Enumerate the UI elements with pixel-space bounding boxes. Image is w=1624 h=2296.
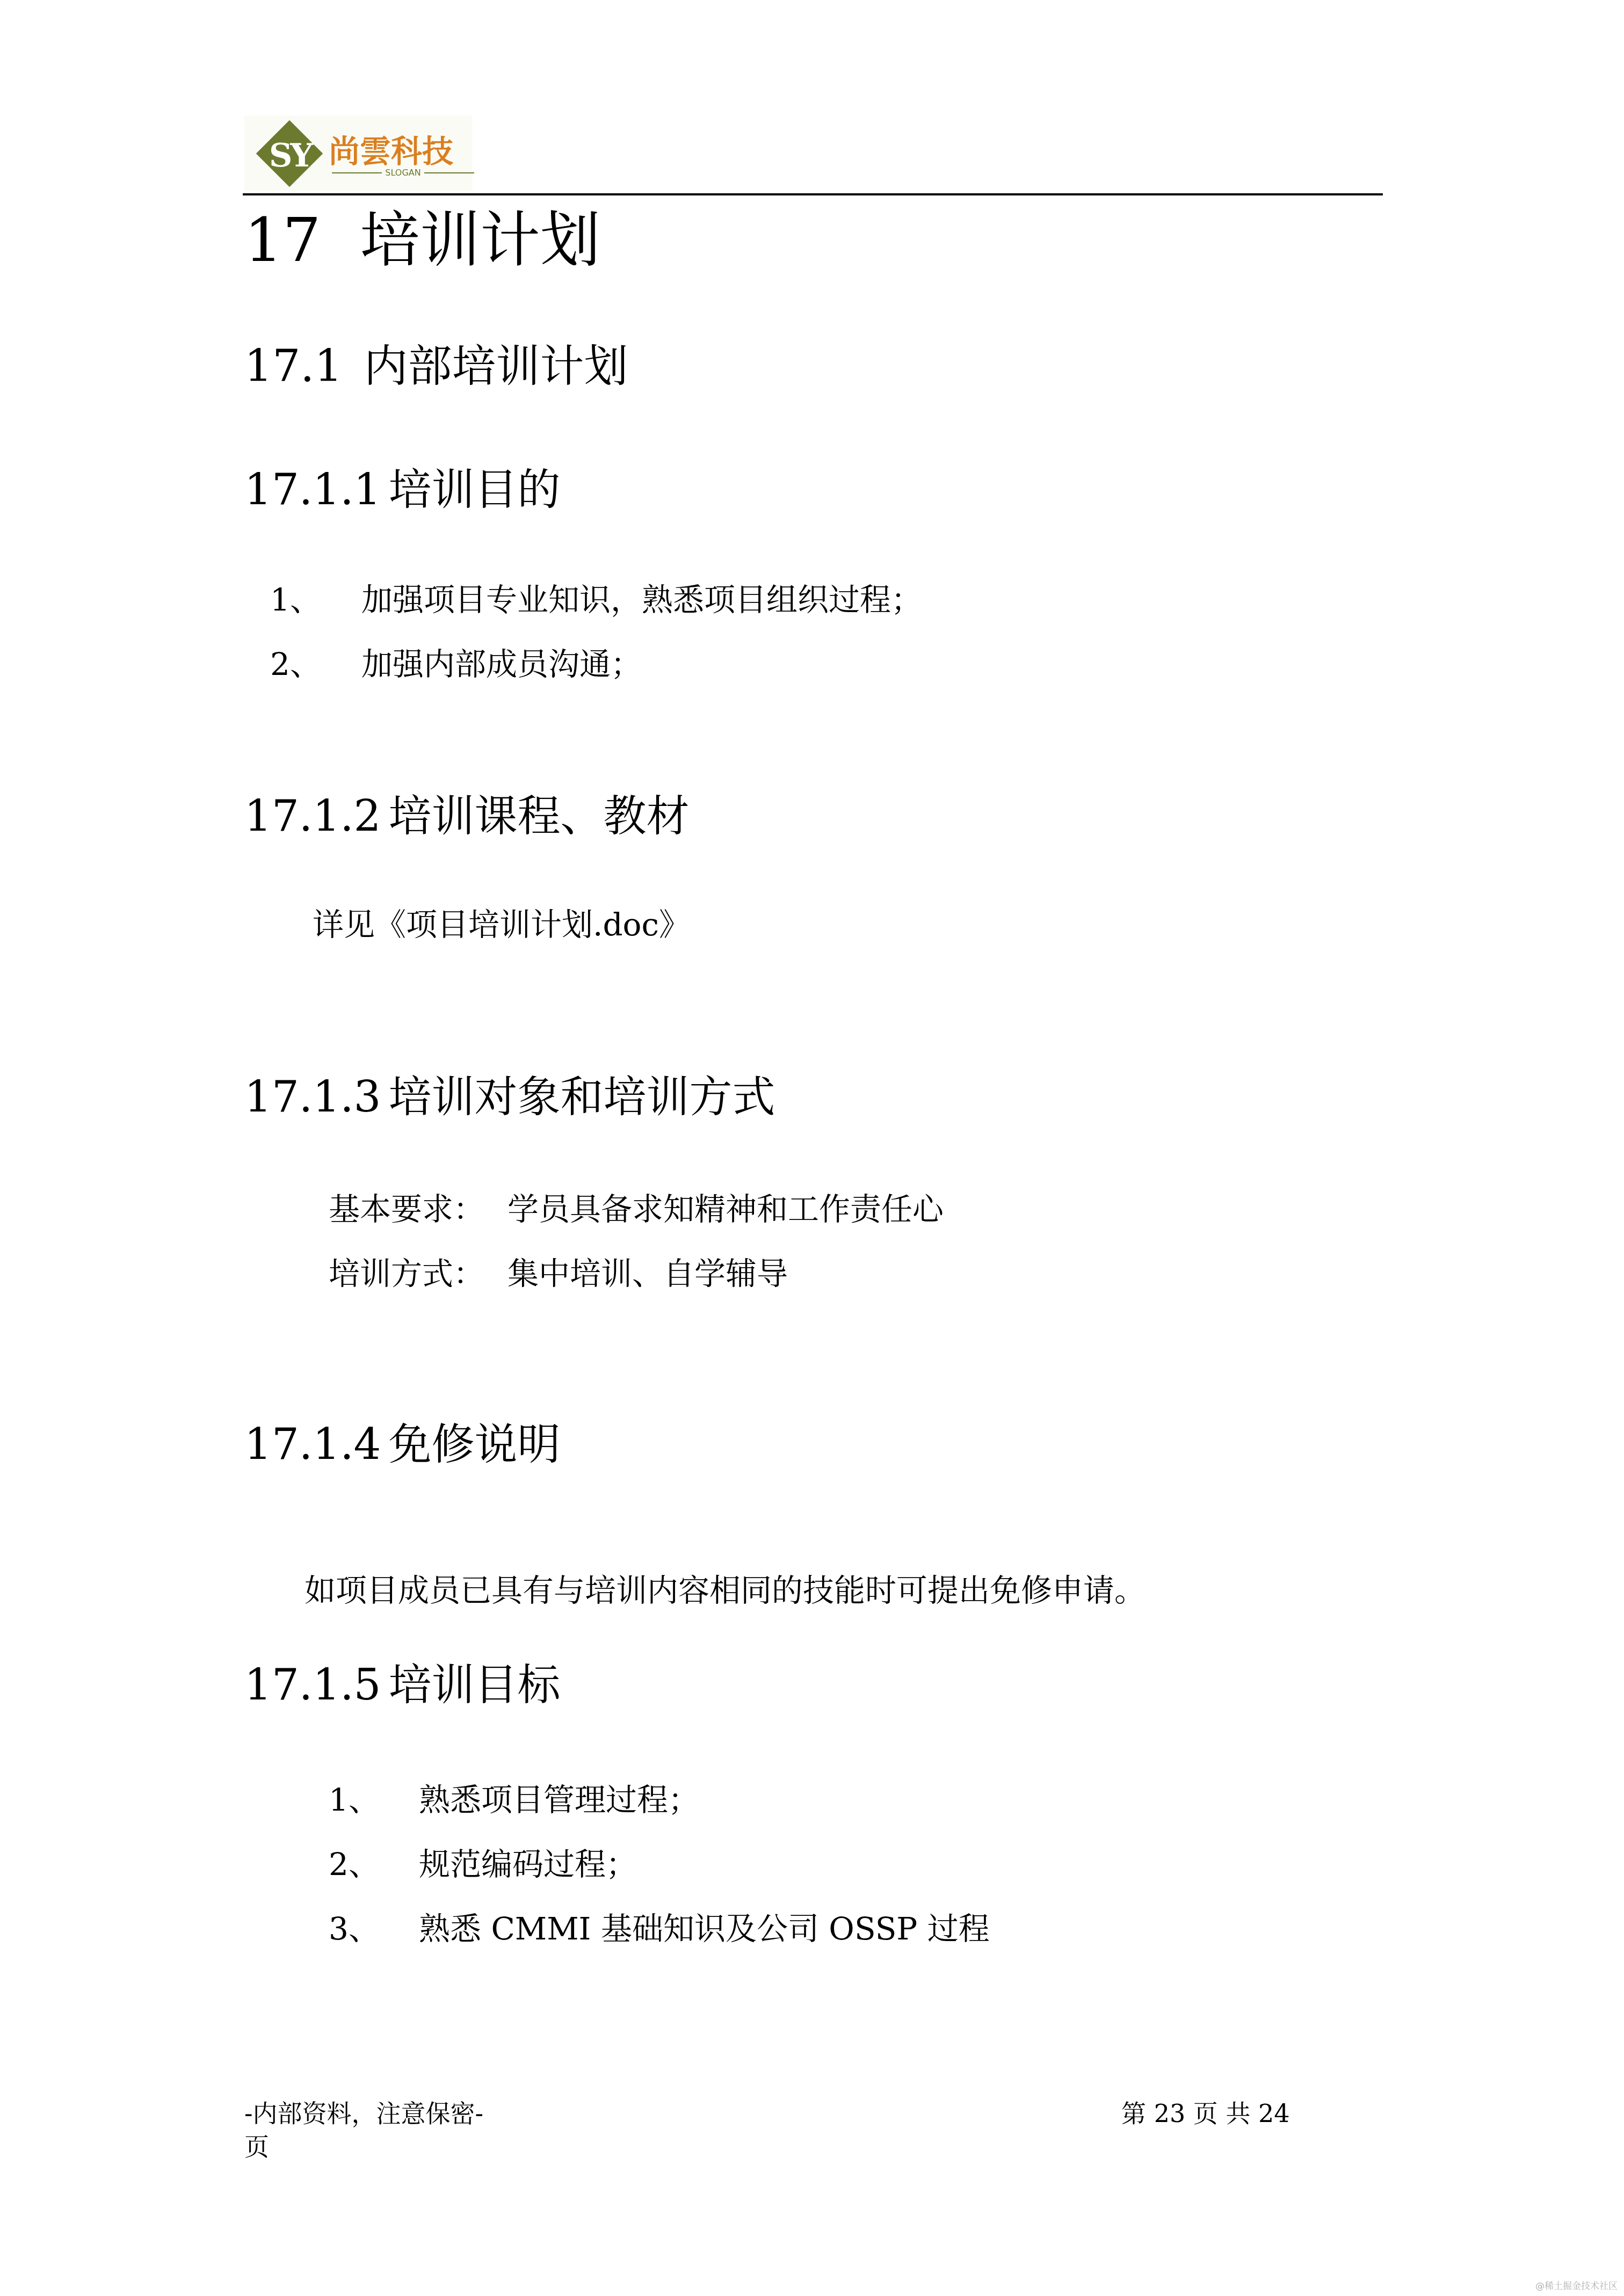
field-value: 集中培训、自学辅导: [508, 1258, 788, 1289]
current-page: 23: [1154, 2099, 1186, 2128]
subsection-title: 培训课程、教材: [388, 791, 689, 841]
footer-page-number: 第 23 页 共 24: [1121, 2101, 1290, 2126]
field-row: 基本要求： 学员具备求知精神和工作责任心: [329, 1194, 944, 1225]
chapter-title: 培训计划: [360, 206, 600, 275]
logo-monogram: SY: [255, 129, 325, 183]
watermark: @稀土掘金技术社区: [1535, 2278, 1618, 2292]
slogan-text: SLOGAN: [385, 168, 421, 178]
section-heading: 17.1内部培训计划: [244, 345, 628, 389]
list-index: 1、: [329, 1784, 419, 1815]
section-number: 17.1: [244, 341, 343, 392]
list-text: 熟悉项目管理过程；: [419, 1784, 699, 1815]
exemption-paragraph: 如项目成员已具有与培训内容相同的技能时可提出免修申请。: [305, 1575, 1146, 1606]
total-pages: 24: [1258, 2099, 1290, 2128]
subsection-number: 17.1.1: [244, 464, 381, 514]
subsection-number: 17.1.3: [244, 1072, 381, 1122]
page-prefix: 第: [1121, 2099, 1146, 2128]
list-index: 2、: [270, 649, 361, 680]
subsection-number: 17.1.2: [244, 791, 381, 841]
reference-paragraph: 详见《项目培训计划.doc》: [313, 909, 690, 940]
list-item: 2、 加强内部成员沟通；: [270, 649, 642, 680]
list-text: 规范编码过程；: [419, 1849, 637, 1880]
slogan-rule-right: [424, 172, 474, 173]
subsection-title: 培训目标: [388, 1660, 560, 1710]
list-item: 3、 熟悉 CMMI 基础知识及公司 OSSP 过程: [329, 1913, 990, 1944]
subsection-number: 17.1.5: [244, 1660, 381, 1710]
subsection-title: 培训目的: [388, 464, 560, 514]
subsection-heading-3: 17.1.3培训对象和培训方式: [244, 1076, 775, 1118]
footer-confidential-wrap: 页: [244, 2134, 269, 2159]
field-value: 学员具备求知精神和工作责任心: [508, 1194, 944, 1225]
slogan-rule-left: [332, 172, 382, 173]
list-index: 1、: [270, 584, 361, 615]
list-item: 2、 规范编码过程；: [329, 1849, 637, 1880]
list-index: 3、: [329, 1913, 419, 1944]
subsection-heading-1: 17.1.1培训目的: [244, 468, 560, 511]
field-label: 基本要求：: [329, 1194, 508, 1225]
list-item: 1、 熟悉项目管理过程；: [329, 1784, 699, 1815]
page-mid: 页 共: [1193, 2099, 1251, 2128]
subsection-title: 培训对象和培训方式: [388, 1072, 775, 1122]
list-index: 2、: [329, 1849, 419, 1880]
subsection-heading-2: 17.1.2培训课程、教材: [244, 795, 689, 838]
subsection-number: 17.1.4: [244, 1419, 381, 1469]
subsection-heading-4: 17.1.4免修说明: [244, 1423, 560, 1466]
field-label: 培训方式：: [329, 1258, 508, 1289]
header-divider: [243, 193, 1383, 195]
list-text: 加强内部成员沟通；: [361, 649, 642, 680]
logo-slogan: SLOGAN: [332, 168, 474, 178]
subsection-heading-5: 17.1.5培训目标: [244, 1663, 560, 1706]
list-item: 1、 加强项目专业知识，熟悉项目组织过程；: [270, 584, 922, 615]
chapter-number: 17: [244, 210, 360, 271]
list-text: 熟悉 CMMI 基础知识及公司 OSSP 过程: [419, 1913, 990, 1944]
list-text: 加强项目专业知识，熟悉项目组织过程；: [361, 584, 922, 615]
logo-company-name: 尚雲科技: [329, 126, 453, 171]
footer-confidential: -内部资料，注意保密-: [244, 2101, 483, 2126]
field-row: 培训方式： 集中培训、自学辅导: [329, 1258, 788, 1289]
subsection-title: 免修说明: [388, 1419, 560, 1469]
section-title: 内部培训计划: [364, 341, 628, 392]
chapter-heading: 17培训计划: [244, 210, 600, 271]
